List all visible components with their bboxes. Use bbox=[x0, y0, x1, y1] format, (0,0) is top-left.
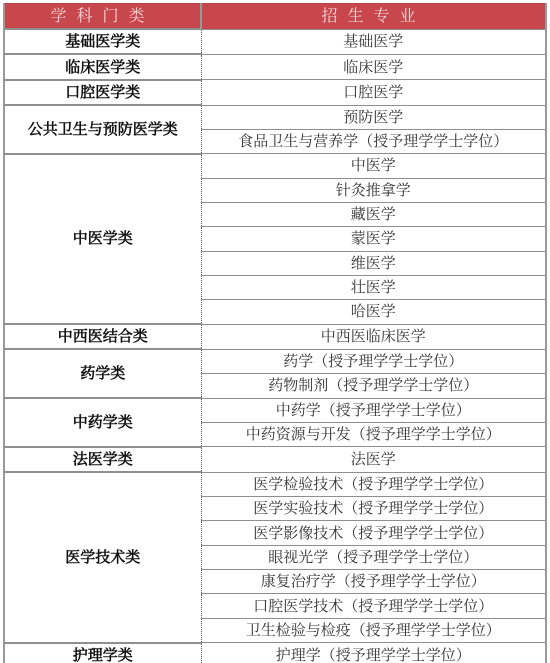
category-cell: 法医学类 bbox=[4, 447, 201, 472]
major-cell: 医学影像技术（授予理学学士学位） bbox=[201, 521, 546, 545]
major-cell: 法医学 bbox=[201, 447, 546, 472]
table-row: 临床医学类临床医学 bbox=[4, 54, 546, 79]
major-cell: 护理学（授予理学学士学位） bbox=[201, 643, 546, 663]
category-cell: 医学技术类 bbox=[4, 472, 201, 642]
major-cell: 维医学 bbox=[201, 251, 546, 275]
table-row: 基础医学类基础医学 bbox=[4, 29, 546, 54]
major-cell: 中西医临床医学 bbox=[201, 324, 546, 349]
major-cell: 中药资源与开发（授予理学学士学位） bbox=[201, 423, 546, 447]
major-cell: 蒙医学 bbox=[201, 227, 546, 251]
category-cell: 公共卫生与预防医学类 bbox=[4, 105, 201, 154]
major-cell: 基础医学 bbox=[201, 29, 546, 54]
major-cell: 医学实验技术（授予理学学士学位） bbox=[201, 497, 546, 521]
category-cell: 中西医结合类 bbox=[4, 324, 201, 349]
major-cell: 食品卫生与营养学（授予理学学士学位） bbox=[201, 129, 546, 153]
major-cell: 壮医学 bbox=[201, 275, 546, 299]
major-cell: 临床医学 bbox=[201, 54, 546, 79]
major-cell: 药学（授予理学学士学位） bbox=[201, 349, 546, 373]
major-cell: 口腔医学 bbox=[201, 80, 546, 105]
table-row: 药学类药学（授予理学学士学位） bbox=[4, 349, 546, 373]
major-cell: 藏医学 bbox=[201, 202, 546, 226]
category-cell: 口腔医学类 bbox=[4, 80, 201, 105]
table-header-row: 学科门类 招生专业 bbox=[4, 4, 546, 30]
category-cell: 药学类 bbox=[4, 349, 201, 398]
header-discipline: 学科门类 bbox=[4, 4, 201, 30]
table-body: 基础医学类基础医学临床医学类临床医学口腔医学类口腔医学公共卫生与预防医学类预防医… bbox=[4, 29, 546, 663]
major-cell: 口腔医学技术（授予理学学士学位） bbox=[201, 594, 546, 618]
table-row: 中西医结合类中西医临床医学 bbox=[4, 324, 546, 349]
major-cell: 眼视光学（授予理学学士学位） bbox=[201, 545, 546, 569]
table-row: 法医学类法医学 bbox=[4, 447, 546, 472]
header-majors: 招生专业 bbox=[201, 4, 546, 30]
category-cell: 护理学类 bbox=[4, 643, 201, 663]
major-cell: 中医学 bbox=[201, 154, 546, 178]
category-cell: 临床医学类 bbox=[4, 54, 201, 79]
major-cell: 卫生检验与检疫（授予理学学士学位） bbox=[201, 618, 546, 642]
major-cell: 康复治疗学（授予理学学士学位） bbox=[201, 570, 546, 594]
category-cell: 基础医学类 bbox=[4, 29, 201, 54]
major-cell: 医学检验技术（授予理学学士学位） bbox=[201, 472, 546, 496]
table-row: 中医学类中医学 bbox=[4, 154, 546, 178]
category-cell: 中药学类 bbox=[4, 398, 201, 447]
major-cell: 中药学（授予理学学士学位） bbox=[201, 398, 546, 422]
table-row: 护理学类护理学（授予理学学士学位） bbox=[4, 643, 546, 663]
major-cell: 药物制剂（授予理学学士学位） bbox=[201, 374, 546, 398]
major-cell: 哈医学 bbox=[201, 300, 546, 324]
table-row: 中药学类中药学（授予理学学士学位） bbox=[4, 398, 546, 422]
table-row: 公共卫生与预防医学类预防医学 bbox=[4, 105, 546, 129]
category-cell: 中医学类 bbox=[4, 154, 201, 324]
major-cell: 预防医学 bbox=[201, 105, 546, 129]
major-cell: 针灸推拿学 bbox=[201, 178, 546, 202]
table-row: 医学技术类医学检验技术（授予理学学士学位） bbox=[4, 472, 546, 496]
majors-table: 学科门类 招生专业 基础医学类基础医学临床医学类临床医学口腔医学类口腔医学公共卫… bbox=[3, 3, 547, 663]
table-row: 口腔医学类口腔医学 bbox=[4, 80, 546, 105]
